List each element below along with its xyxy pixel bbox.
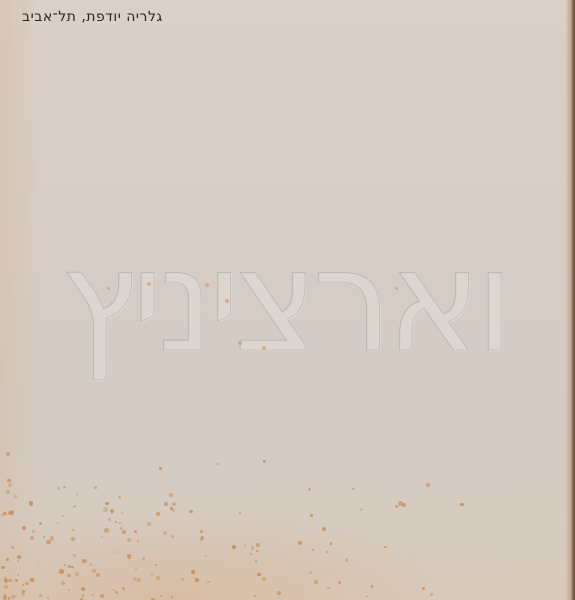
foxing-spot — [6, 490, 10, 494]
embossed-title: וארציניץ — [12, 222, 557, 382]
foxing-spot — [308, 488, 311, 491]
foxing-spot — [277, 591, 280, 594]
foxing-spot — [39, 594, 42, 597]
foxing-spot — [43, 536, 45, 538]
foxing-spot — [326, 551, 328, 553]
foxing-spot — [108, 518, 111, 521]
foxing-spot — [422, 587, 425, 590]
foxing-spot — [172, 509, 175, 512]
foxing-spot — [189, 510, 192, 513]
foxing-spot — [115, 521, 117, 523]
foxing-spot — [1, 514, 4, 517]
foxing-spot — [310, 514, 313, 517]
foxing-spot — [120, 527, 123, 530]
foxing-spot — [137, 540, 139, 542]
foxing-spot — [360, 508, 363, 511]
foxing-spot — [205, 555, 207, 557]
foxing-spot — [256, 550, 258, 552]
foxing-spot — [68, 589, 71, 592]
foxing-spot — [3, 595, 7, 599]
foxing-spot — [92, 569, 96, 573]
foxing-spot — [402, 503, 406, 507]
foxing-spot — [200, 530, 203, 533]
foxing-spot — [322, 527, 326, 531]
foxing-spot — [67, 574, 71, 578]
foxing-spot — [195, 578, 199, 582]
foxing-spot — [262, 577, 266, 581]
foxing-spot — [4, 577, 8, 581]
publisher-line: גלריה יודפת, תל־אביב — [22, 9, 163, 25]
foxing-spot — [256, 543, 259, 546]
foxing-spot — [29, 501, 33, 505]
foxing-spot — [63, 486, 66, 489]
foxing-spot — [327, 587, 330, 590]
foxing-spot — [169, 493, 173, 497]
foxing-spot — [135, 568, 137, 570]
foxing-spot — [430, 593, 433, 596]
foxing-spot — [82, 559, 86, 563]
foxing-spot — [366, 596, 368, 598]
foxing-spot — [72, 529, 75, 532]
foxing-spot — [11, 546, 14, 549]
foxing-spot — [32, 530, 35, 533]
foxing-spot — [127, 554, 131, 558]
foxing-spot — [160, 595, 162, 597]
foxing-spot — [103, 507, 107, 511]
foxing-spot — [207, 581, 210, 584]
foxing-spot — [345, 558, 349, 562]
foxing-spot — [127, 538, 131, 542]
foxing-spot — [398, 501, 402, 505]
foxing-spot — [384, 546, 386, 548]
foxing-spot — [47, 597, 49, 599]
foxing-spot — [73, 554, 76, 557]
foxing-spot — [110, 509, 114, 513]
foxing-spot — [100, 594, 104, 598]
foxing-spot — [22, 584, 24, 586]
foxing-spot — [68, 565, 71, 568]
foxing-spot — [122, 587, 125, 590]
foxing-spot — [115, 591, 117, 593]
foxing-spot — [104, 528, 108, 532]
foxing-spot — [81, 587, 85, 591]
foxing-spot — [75, 572, 79, 576]
foxing-spot — [142, 557, 145, 560]
foxing-spot — [159, 467, 162, 470]
foxing-spot — [6, 452, 10, 456]
foxing-spot — [71, 537, 75, 541]
foxing-spot — [17, 555, 21, 559]
foxing-spot — [96, 573, 100, 577]
foxing-spot — [155, 564, 157, 566]
foxing-spot — [61, 581, 65, 585]
foxing-spot — [156, 512, 160, 516]
foxing-spot — [114, 551, 116, 553]
foxing-spot — [309, 571, 312, 574]
foxing-stains — [0, 450, 575, 600]
foxing-spot — [73, 505, 76, 508]
foxing-spot — [156, 576, 160, 580]
foxing-spot — [57, 487, 60, 490]
foxing-spot — [262, 346, 266, 350]
foxing-spot — [62, 515, 64, 517]
foxing-spot — [255, 560, 258, 563]
foxing-spot — [64, 564, 66, 566]
foxing-spot — [39, 522, 42, 525]
foxing-spot — [14, 495, 17, 498]
foxing-spot — [30, 578, 34, 582]
foxing-spot — [151, 573, 153, 575]
book-cover: גלריה יודפת, תל־אביב וארציניץ — [0, 0, 575, 600]
foxing-spot — [460, 503, 464, 507]
foxing-spot — [15, 579, 18, 582]
foxing-spot — [338, 581, 341, 584]
foxing-spot — [395, 287, 398, 290]
foxing-spot — [59, 569, 63, 573]
foxing-spot — [7, 479, 11, 483]
foxing-spot — [11, 595, 15, 599]
foxing-spot — [232, 545, 236, 549]
foxing-spot — [105, 502, 108, 505]
foxing-spot — [371, 585, 374, 588]
foxing-spot — [133, 577, 137, 581]
foxing-spot — [250, 553, 252, 555]
foxing-spot — [82, 594, 85, 597]
foxing-spot — [147, 522, 150, 525]
foxing-spot — [244, 544, 246, 546]
foxing-spot — [3, 512, 7, 516]
foxing-spot — [191, 570, 195, 574]
foxing-spot — [159, 557, 161, 559]
foxing-spot — [314, 580, 318, 584]
foxing-spot — [205, 283, 209, 287]
foxing-spot — [171, 535, 174, 538]
foxing-spot — [254, 595, 256, 597]
foxing-spot — [76, 493, 78, 495]
foxing-spot — [22, 526, 26, 530]
foxing-spot — [15, 595, 17, 597]
foxing-spot — [1, 566, 5, 570]
foxing-spot — [239, 512, 241, 514]
foxing-spot — [122, 530, 126, 534]
foxing-spot — [172, 502, 176, 506]
foxing-spot — [225, 299, 229, 303]
foxing-spot — [171, 596, 173, 598]
foxing-spot — [89, 563, 92, 566]
foxing-spot — [8, 579, 11, 582]
foxing-spot — [181, 578, 184, 581]
foxing-spot — [4, 585, 8, 589]
foxing-spot — [92, 594, 94, 596]
foxing-spot — [118, 496, 121, 499]
foxing-spot — [8, 483, 12, 487]
foxing-spot — [263, 460, 265, 462]
foxing-spot — [57, 522, 59, 524]
foxing-spot — [8, 597, 11, 600]
foxing-spot — [257, 573, 261, 577]
foxing-spot — [38, 562, 40, 564]
foxing-spot — [121, 512, 124, 515]
foxing-spot — [163, 531, 167, 535]
foxing-spot — [46, 540, 50, 544]
foxing-spot — [30, 536, 34, 540]
foxing-spot — [107, 287, 110, 290]
foxing-spot — [298, 541, 302, 545]
foxing-spot — [94, 486, 97, 489]
foxing-spot — [25, 582, 28, 585]
foxing-spot — [119, 522, 121, 524]
foxing-spot — [101, 536, 103, 538]
foxing-spot — [6, 558, 9, 561]
foxing-spot — [71, 566, 73, 568]
foxing-spot — [389, 522, 391, 524]
foxing-spot — [200, 537, 203, 540]
cover-right-edge — [565, 0, 575, 600]
foxing-spot — [216, 463, 218, 465]
foxing-spot — [17, 560, 20, 563]
foxing-spot — [238, 341, 242, 345]
foxing-spot — [17, 574, 19, 576]
foxing-spot — [137, 578, 141, 582]
foxing-spot — [409, 559, 411, 561]
foxing-spot — [426, 483, 430, 487]
foxing-spot — [352, 488, 355, 491]
foxing-spot — [251, 546, 254, 549]
foxing-spot — [147, 282, 151, 286]
foxing-spot — [312, 549, 314, 551]
foxing-spot — [134, 530, 137, 533]
foxing-spot — [164, 502, 168, 506]
foxing-spot — [330, 542, 332, 544]
foxing-spot — [8, 511, 12, 515]
